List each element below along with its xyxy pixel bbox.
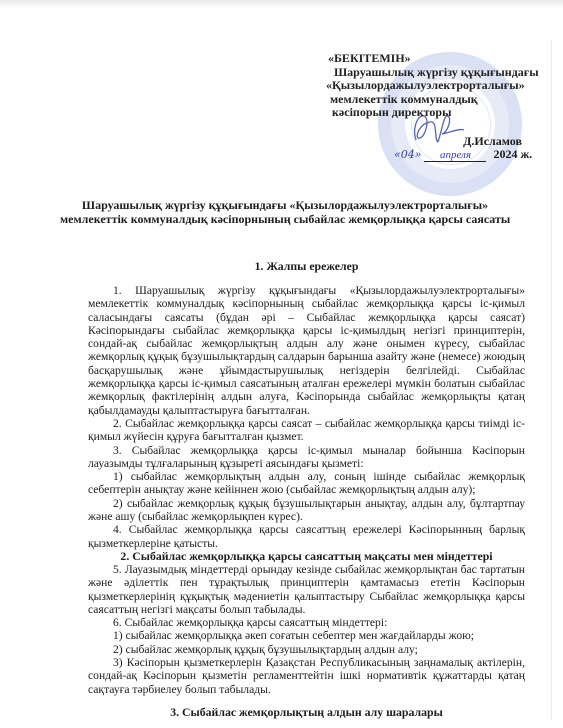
approval-line: кәсіпорын директоры: [328, 106, 528, 120]
section-heading: 3. Сыбайлас жемқорлықтың алдын алу шарал…: [88, 705, 525, 720]
paragraph: 2) сыбайлас жемқорлық құқық бұзушылықтар…: [88, 497, 525, 524]
section-body: 5. Лауазымдық міндеттерді орындау кезінд…: [88, 563, 525, 696]
section-heading: 2. Сыбайлас жемқорлыққа қарсы саясаттың …: [88, 549, 525, 564]
paragraph: 1) сыбайлас жемқорлықтың алдын алу, соны…: [88, 470, 525, 497]
paragraph: 1. Шаруашылық жүргізу құқығындағы «Қызыл…: [88, 284, 525, 417]
section-heading: 1. Жалпы ережелер: [88, 259, 525, 274]
document-title: Шаруашылық жүргізу құқығындағы «Қызылорд…: [60, 198, 510, 226]
paragraph: 3) Кәсіпорын қызметкерлерін Қазақстан Ре…: [88, 656, 525, 696]
date-year: 2024 ж.: [493, 147, 532, 161]
title-line: мемлекеттік коммуналдық кәсіпорнының сыб…: [60, 212, 510, 226]
section-body: 1. Шаруашылық жүргізу құқығындағы «Қызыл…: [88, 284, 525, 550]
approval-line: мемлекеттік коммуналдық: [328, 93, 528, 107]
paragraph: 4. Сыбайлас жемқорлыққа қарсы саясаттың …: [88, 523, 525, 550]
paragraph: 2. Сыбайлас жемқорлыққа қарсы саясат – с…: [88, 417, 525, 444]
document-page: «БЕКІТЕМІН» Шаруашылық жүргізу құқығында…: [0, 0, 563, 728]
title-line: Шаруашылық жүргізу құқығындағы «Қызылорд…: [60, 198, 510, 212]
scan-top-edge: [0, 0, 563, 8]
paragraph: 6. Сыбайлас жемқорлыққа қарсы саясаттың …: [88, 616, 525, 629]
approval-heading: «БЕКІТЕМІН»: [328, 52, 528, 66]
signature-date-block: Д.Исламов «04» апреля 2024 ж.: [394, 134, 524, 164]
paragraph: 1) сыбайлас жемқорлыққа әкеп соғатын себ…: [88, 629, 525, 642]
date-month: апреля: [424, 149, 486, 162]
scan-right-edge-line: [551, 40, 552, 720]
approval-block: «БЕКІТЕМІН» Шаруашылық жүргізу құқығында…: [328, 52, 528, 120]
approval-line: Шаруашылық жүргізу құқығындағы: [328, 66, 528, 80]
paragraph: 5. Лауазымдық міндеттерді орындау кезінд…: [88, 563, 525, 616]
approval-date: «04» апреля 2024 ж.: [394, 147, 524, 162]
paragraph: 3. Сыбайлас жемқорлыққа қарсы іс-қимыл м…: [88, 444, 525, 471]
paragraph: 2) сыбайлас жемқорлық құқық бұзушылықтар…: [88, 643, 525, 656]
approval-line: «Қызылордажылуэлектрорталығы»: [326, 79, 528, 93]
date-day: «04»: [394, 148, 421, 161]
